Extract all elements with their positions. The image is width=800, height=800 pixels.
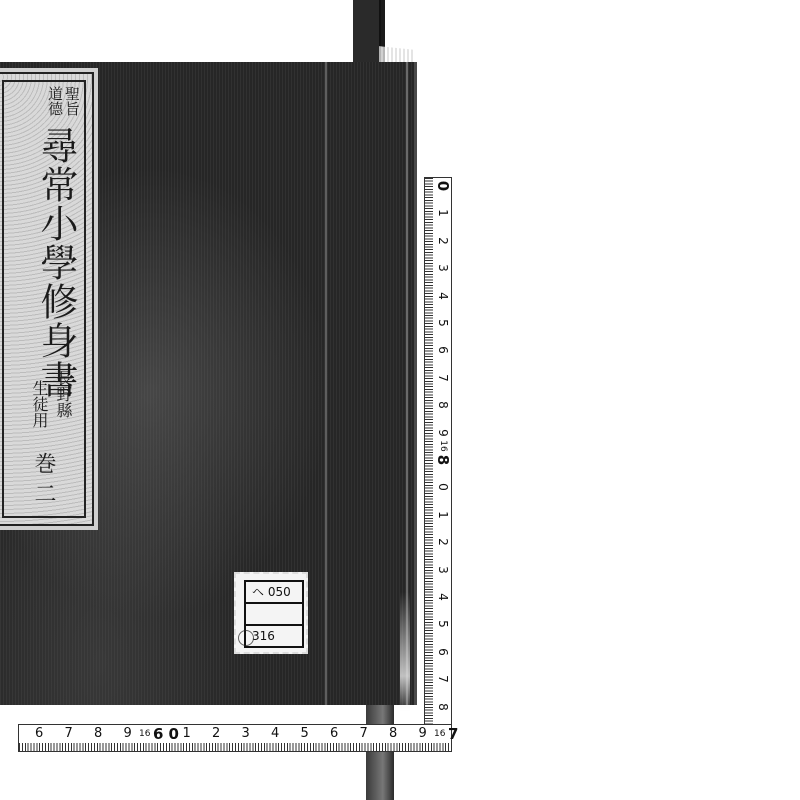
cover-crease	[325, 62, 327, 705]
ruler-label: 6	[35, 727, 43, 741]
title-prefix: 聖旨 道德	[44, 86, 80, 116]
ruler-label: 0	[437, 177, 449, 195]
library-stamp	[238, 630, 254, 646]
ruler-label: 6	[153, 727, 163, 741]
vertical-ruler: 01234567891680123456789	[424, 177, 452, 725]
prefecture-text: 長野縣	[54, 370, 72, 418]
ruler-label: 5	[437, 314, 449, 332]
ruler-label: 6	[437, 341, 449, 359]
catalog-label: ヘ 050 316	[234, 572, 308, 654]
ruler-label: 9	[419, 727, 427, 741]
audience-text: 生徒用	[30, 380, 48, 428]
ruler-label: 4	[437, 588, 449, 606]
ruler-label: 4	[437, 287, 449, 305]
ruler-ticks	[19, 743, 451, 751]
ruler-label: 3	[242, 727, 250, 741]
horizontal-ruler: 67891660123456789167	[18, 724, 452, 752]
ruler-label: 7	[360, 727, 368, 741]
binding-strap-bottom	[366, 705, 394, 800]
ruler-label: 1	[437, 506, 449, 524]
ruler-label: 4	[271, 727, 279, 741]
ruler-label: 16	[434, 727, 445, 741]
ruler-label: 2	[437, 232, 449, 250]
ruler-label: 7	[448, 727, 458, 741]
ruler-label: 1	[183, 727, 191, 741]
ruler-label: 8	[389, 727, 397, 741]
ruler-label: 9	[124, 727, 132, 741]
ruler-label: 7	[437, 369, 449, 387]
ruler-label: 8	[94, 727, 102, 741]
ruler-label: 5	[437, 615, 449, 633]
ruler-label: 7	[65, 727, 73, 741]
volume-text: 巻二	[30, 452, 56, 512]
ruler-label: 8	[437, 698, 449, 716]
ruler-label: 0	[437, 478, 449, 496]
catalog-row: ヘ 050	[246, 582, 302, 604]
ruler-label: 5	[301, 727, 309, 741]
ruler-label: 0	[169, 727, 179, 741]
binding-strap-top	[353, 0, 382, 66]
ruler-label: 8	[437, 396, 449, 414]
cover-wear	[400, 592, 410, 712]
ruler-label: 8	[437, 451, 449, 469]
catalog-row	[246, 604, 302, 626]
ruler-label: 2	[212, 727, 220, 741]
ruler-label: 1	[437, 204, 449, 222]
ruler-label: 7	[437, 670, 449, 688]
title-prefix-line: 道德	[46, 86, 63, 116]
main-title: 尋常小學修身書	[34, 126, 78, 399]
ruler-ticks	[425, 178, 433, 724]
ruler-label: 2	[437, 533, 449, 551]
catalog-row: 316	[246, 626, 302, 646]
ruler-label: 3	[437, 259, 449, 277]
title-label-frame: 聖旨 道德 尋常小學修身書 長野縣 生徒用 巻二	[2, 80, 86, 518]
title-label: 聖旨 道德 尋常小學修身書 長野縣 生徒用 巻二	[0, 72, 94, 526]
ruler-label: 6	[330, 727, 338, 741]
title-prefix-line: 聖旨	[63, 86, 80, 116]
ruler-label: 6	[437, 643, 449, 661]
ruler-label: 16	[139, 727, 150, 741]
ruler-label: 3	[437, 561, 449, 579]
